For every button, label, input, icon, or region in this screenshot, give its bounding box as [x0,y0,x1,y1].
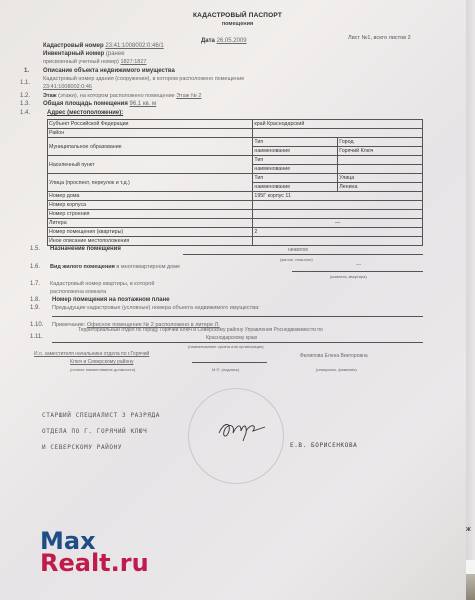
address-label: Улица (проспект, переулок и т.д.) [48,174,253,192]
section-1-1-number: 1.1. [20,80,30,86]
section-1-number: 1. [24,68,29,74]
section-1-5-underline [183,254,423,255]
sheet-info: Лист №1, всего листов 2 [348,35,411,41]
maxrealt-watermark-logo: Max Realt.ru [40,530,149,574]
stamp-signer-name: Е.В. БОРИСЕНКОВА [290,442,357,449]
section-1-9-label: Предыдущие кадастровые (условные) номера… [52,305,260,311]
section-1-11-value-line1: Территориальный отдел по городу Горячий … [78,327,323,333]
section-1-6-value: — [356,262,361,268]
address-label: Район [48,129,253,138]
document-subtitle: помещения [0,21,475,27]
address-subkey: Тип [253,138,338,147]
signature-hint: М.П. (подпись) [212,367,239,372]
section-1-6-hint: (комната, квартира) [330,274,367,279]
table-row: Номер корпуса [48,201,423,210]
watermark-line2: Realt.ru [40,552,149,574]
section-1-5-number: 1.5. [30,246,40,252]
signer-position-hint: (полное наименование должности) [70,367,135,372]
section-1-10-number: 1.10. [30,322,43,328]
address-value [253,201,423,210]
edge-bottom-chip [466,560,475,600]
table-row: Улица (проспект, переулок и т.д.) Тип Ул… [48,174,423,183]
section-1-5-value: нежилое [288,247,308,253]
address-subkey: наименование [253,183,338,192]
inventory-label: Инвентарный номер [43,51,104,57]
address-label: Муниципальное образование [48,138,253,156]
address-value [253,210,423,219]
document-title: КАДАСТРОВЫЙ ПАСПОРТ [0,12,475,19]
table-row: Литера — [48,219,423,228]
section-1-5-hint: (жилое, нежилое) [280,257,313,262]
section-1-11-hint: (наименование органа или организации) [188,344,264,349]
address-label: Литера [48,219,253,228]
address-label: Населенный пункт [48,156,253,174]
table-row: Номер строения [48,210,423,219]
section-1-8-label: Номер помещения на поэтажном плане [52,297,170,303]
section-1-3-value: 96,1 кв. м [130,101,157,107]
address-value: 195Г корпус 11 [253,192,423,201]
address-subvalue [338,156,423,165]
address-subvalue [338,165,423,174]
section-1-11-value-line2: Краснодарскому краю [206,335,257,341]
section-1-6-label-rest: в многоквартирном доме [116,264,180,270]
signer-name: Филипова Елена Викторовна [300,353,368,359]
cadastral-passport-page: КАДАСТРОВЫЙ ПАСПОРТ помещения Лист №1, в… [0,0,475,600]
address-table: Субъект Российской Федерации край Красно… [47,119,423,246]
stamp-position-line1: СТАРШИЙ СПЕЦИАЛИСТ 3 РАЗРЯДА [42,412,160,419]
section-1-2-label-rest: (этажи), на котором расположено помещени… [58,93,175,99]
cadastral-value: 23:41:1008002:0:46/1 [105,43,163,49]
cadastral-label: Кадастровый номер [43,43,104,49]
signature-line [192,362,267,363]
address-label: Номер строения [48,210,253,219]
section-1-2-number: 1.2. [20,93,30,99]
section-1-6-underline [292,271,423,272]
address-subkey: Тип [253,156,338,165]
date-value: 26.05.2009 [217,38,247,44]
table-row: Субъект Российской Федерации край Красно… [48,120,423,129]
photo-right-edge: ж [466,0,475,600]
section-1-6-label-bold: Вид жилого помещения [50,264,115,270]
section-1-11-underline [52,342,423,343]
table-row: Район [48,129,423,138]
table-row: Номер дома 195Г корпус 11 [48,192,423,201]
address-value [253,237,423,246]
address-label: Иное описание местоположения [48,237,253,246]
section-1-3-label: Общая площадь помещения [43,101,128,107]
address-value [253,129,423,138]
address-subkey: наименование [253,147,338,156]
date-label: Дата [201,38,215,44]
address-subvalue: Ленина [338,183,423,192]
inventory-line2: присвоенный учетный номер) 1827:1827 [43,59,146,65]
address-subvalue: Горячий Ключ [338,147,423,156]
cadastral-number: Кадастровый номер 23:41:1008002:0:46/1 [43,43,164,49]
section-1-4-number: 1.4. [20,110,30,116]
section-1-3-text: Общая площадь помещения 96,1 кв. м [43,101,156,107]
address-label: Номер дома [48,192,253,201]
section-1-4-label: Адрес (местоположение): [47,110,123,116]
edge-glyph: ж [466,526,471,533]
section-1-1-value: 23:41:1008002:0:46 [43,84,92,90]
address-value: край Краснодарский [253,120,423,129]
address-label: Субъект Российской Федерации [48,120,253,129]
section-1-2-label-bold: Этаж [43,93,57,99]
section-1-7-label: Кадастровый номер квартиры, в которой [50,281,154,287]
section-1-9-underline [52,316,423,317]
address-subvalue: Город [338,138,423,147]
section-1-label: Описание объекта недвижимого имущества [43,68,175,74]
section-1-6-number: 1.6. [30,264,40,270]
table-row: Населенный пункт Тип [48,156,423,165]
date-field: Дата 26.05.2009 [201,38,247,44]
section-1-2-value: Этаж № 2 [176,93,201,99]
section-1-2-text: Этаж (этажи), на котором расположено пом… [43,93,201,99]
stamp-position-line3: И СЕВЕРСКОМУ РАЙОНУ [42,444,122,451]
section-1-11-number: 1.11. [30,334,43,340]
section-1-5-label: Назначение помещения [50,246,121,252]
address-value: — [253,219,423,228]
address-label: Номер корпуса [48,201,253,210]
table-row: Номер помещения (квартиры) 2 [48,228,423,237]
table-row: Муниципальное образование Тип Город [48,138,423,147]
signer-position-line2: Ключ и Северскому району [70,359,134,365]
address-subkey: наименование [253,165,338,174]
inventory-value: 1827:1827 [120,59,146,65]
section-1-7-label2: расположена комната [50,289,106,295]
section-1-1-label: Кадастровый номер здания (сооружения), в… [43,76,244,82]
address-value: 2 [253,228,423,237]
address-label: Номер помещения (квартиры) [48,228,253,237]
inventory-line2-label: присвоенный учетный номер) [43,59,119,65]
inventory-number: Инвентарный номер (ранее [43,51,125,57]
address-subvalue: Улица [338,174,423,183]
signer-position-line1: И.о. заместителя начальника отдела по г.… [34,351,149,357]
table-row: Иное описание местоположения [48,237,423,246]
section-1-7-number: 1.7. [30,281,40,287]
section-1-8-number: 1.8. [30,297,40,303]
signer-name-hint: (инициалы, фамилия) [316,367,357,372]
inventory-suffix: (ранее [106,51,125,57]
section-1-3-number: 1.3. [20,101,30,107]
section-1-9-number: 1.9. [30,305,40,311]
stamp-position-line2: ОТДЕЛА ПО Г. ГОРЯЧИЙ КЛЮЧ [42,428,147,435]
address-subkey: Тип [253,174,338,183]
handwritten-signature-icon [213,415,273,445]
section-1-6-text: Вид жилого помещения в многоквартирном д… [50,264,180,270]
